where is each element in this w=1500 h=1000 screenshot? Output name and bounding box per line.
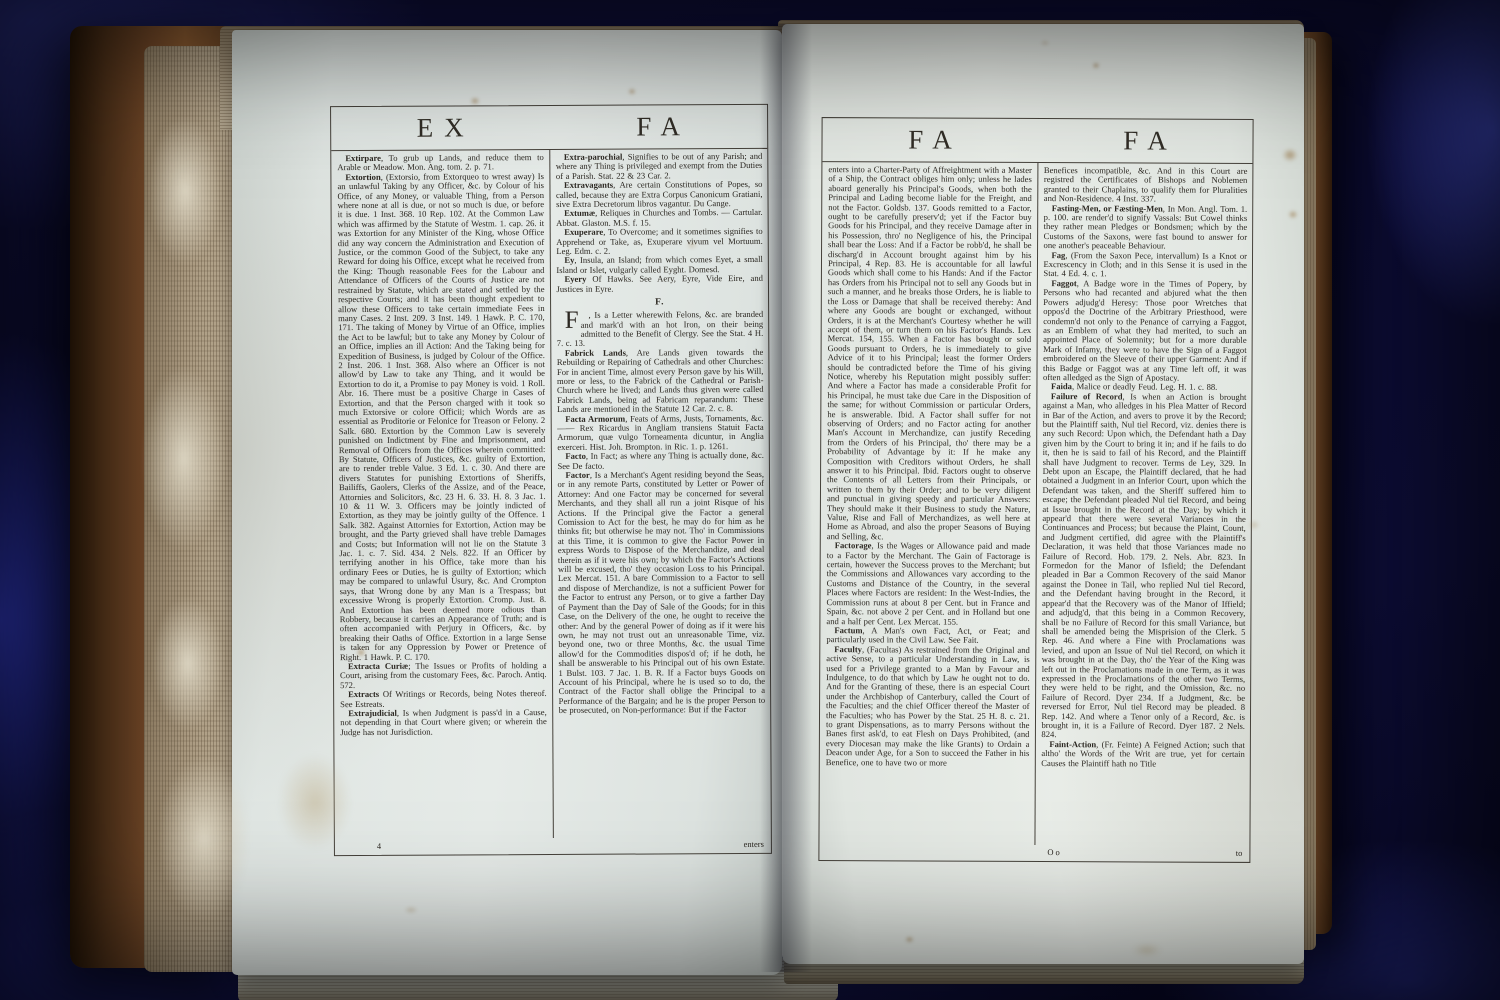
entry-term: Factor: [565, 470, 589, 480]
entry-term: Factorage: [835, 540, 872, 550]
dictionary-entry: Factor, Is a Merchant's Agent residing b…: [557, 470, 765, 716]
dictionary-entry: Extortion, (Extorsio, from Extorqueo to …: [337, 172, 546, 662]
dictionary-entry: Fasting-Men, or Fæsting-Men, In Mon. Ang…: [1044, 204, 1248, 252]
dictionary-entry: Extracta Curiæ; The Issues or Profits of…: [340, 661, 547, 690]
entry-term: Exuperare: [564, 227, 603, 237]
entry-term: Fasting-Men, or Fæsting-Men: [1052, 203, 1163, 213]
right-page-frame: FA FA enters into a Charter-Party of Aff…: [818, 117, 1253, 863]
section-heading: F.: [557, 296, 764, 309]
dictionary-entry: Extracts Of Writings or Records, being N…: [340, 689, 547, 709]
dictionary-entry: Factorage, Is the Wages or Allowance pai…: [826, 541, 1030, 627]
dictionary-entry: F, Is a Letter wherewith Felons, &c. are…: [557, 310, 764, 349]
left-page-column-1: Extirpare, To grub up Lands, and reduce …: [331, 150, 552, 839]
folio-number: 4: [377, 841, 381, 851]
dictionary-entry: Eyery Of Hawks. See Aery, Eyre, Vide Eir…: [556, 274, 763, 294]
text-columns: enters into a Charter-Party of Affreight…: [819, 162, 1252, 846]
left-page-frame: EX FA Extirpare, To grub up Lands, and r…: [330, 104, 772, 856]
signature-mark: Oo: [1047, 847, 1061, 857]
dictionary-entry: Fabrick Lands, Are Lands given towards t…: [557, 348, 764, 415]
foxing-stain: [1040, 40, 1050, 46]
entry-term: Extrajudicial: [348, 708, 397, 718]
page-footer: Oo to: [819, 846, 1249, 861]
dictionary-entry: Faint-Action, (Fr. Feinte) A Feigned Act…: [1041, 740, 1245, 769]
entry-term: Extravagants: [564, 180, 613, 190]
left-page-column-2: Extra-parochial, Signifies to be out of …: [549, 149, 771, 838]
running-head: EX FA: [331, 105, 767, 151]
drop-cap: F: [557, 311, 581, 330]
entry-term: Fag: [1052, 250, 1066, 260]
running-head-right: FA: [549, 111, 767, 143]
dictionary-entry: Extravagants, Are certain Constitutions …: [556, 180, 763, 209]
entry-term: Factum: [834, 625, 862, 635]
entry-term: Extra-parochial: [564, 152, 623, 162]
foxing-stain: [470, 97, 480, 105]
entry-term: Extracta Curiæ: [348, 661, 408, 671]
right-page-column-1: enters into a Charter-Party of Affreight…: [819, 162, 1036, 845]
dictionary-entry: Faggot, A Badge wore in the Times of Pop…: [1043, 279, 1247, 383]
entry-term: Faint-Action: [1049, 739, 1096, 749]
entry-term: Extirpare: [345, 153, 381, 163]
running-head-left: EX: [331, 112, 549, 144]
foxing-stain: [1282, 148, 1298, 162]
dictionary-entry: Benefices incompatible, &c. And in this …: [1044, 166, 1248, 205]
right-page: FA FA enters into a Charter-Party of Aff…: [782, 24, 1304, 964]
dictionary-entry: Exuperare, To Overcome; and it sometimes…: [556, 227, 763, 256]
entry-term: Extortion: [345, 172, 380, 182]
foxing-stain: [1288, 210, 1298, 219]
running-head-right: FA: [1037, 125, 1252, 157]
entry-term: Extracts: [348, 689, 379, 699]
foxing-stain: [1092, 62, 1100, 69]
dictionary-entry: Extra-parochial, Signifies to be out of …: [556, 152, 763, 181]
entry-term: Eyery: [564, 274, 586, 284]
dictionary-entry: Faculty, (Facultas) As restrained from t…: [826, 645, 1030, 768]
running-head-left: FA: [822, 124, 1037, 156]
left-page: EX FA Extirpare, To grub up Lands, and r…: [232, 30, 782, 975]
catchword: enters: [744, 839, 764, 849]
entry-term: Faculty: [834, 644, 862, 654]
fore-edge-left: [144, 46, 244, 972]
text-columns: Extirpare, To grub up Lands, and reduce …: [331, 149, 771, 839]
dictionary-entry: Factum, A Man's own Fact, Act, or Feat; …: [826, 626, 1030, 646]
foxing-stain: [404, 906, 418, 914]
entry-term: Facta Armorum: [565, 413, 625, 423]
dictionary-entry: enters into a Charter-Party of Affreight…: [827, 165, 1032, 542]
right-page-column-2: Benefices incompatible, &c. And in this …: [1034, 163, 1252, 846]
page-footer: 4 enters: [335, 839, 771, 854]
dictionary-entry: Facta Armorum, Feats of Arms, Justs, Tor…: [557, 413, 764, 452]
entry-term: Facto: [565, 451, 586, 461]
dictionary-entry: Fag, (From the Saxon Pece, intervallum) …: [1043, 251, 1247, 280]
entry-term: Failure of Record: [1051, 391, 1123, 401]
foxing-stain: [628, 88, 636, 95]
entry-term: Ey: [564, 255, 574, 265]
dictionary-entry: Facto, In Fact; as where any Thing is ac…: [557, 451, 764, 471]
entry-term: Faggot: [1051, 278, 1076, 288]
running-head: FA FA: [822, 118, 1252, 164]
dictionary-entry: Extumæ, Reliques in Churches and Tombs. …: [556, 208, 763, 228]
catchword: to: [1236, 848, 1243, 858]
entry-term: Fabrick Lands: [565, 347, 626, 357]
foxing-stain: [905, 936, 914, 943]
dictionary-entry: Extrajudicial, Is when Judgment is pass'…: [340, 708, 547, 737]
dictionary-entry: Ey, Insula, an Island; from which comes …: [556, 255, 763, 275]
entry-term: Extumæ: [564, 208, 595, 218]
dictionary-entry: Extirpare, To grub up Lands, and reduce …: [337, 153, 544, 173]
open-book: EX FA Extirpare, To grub up Lands, and r…: [70, 16, 1332, 984]
dictionary-entry: Failure of Record, Is when an Action is …: [1041, 392, 1246, 741]
foxing-stain: [1132, 944, 1162, 956]
